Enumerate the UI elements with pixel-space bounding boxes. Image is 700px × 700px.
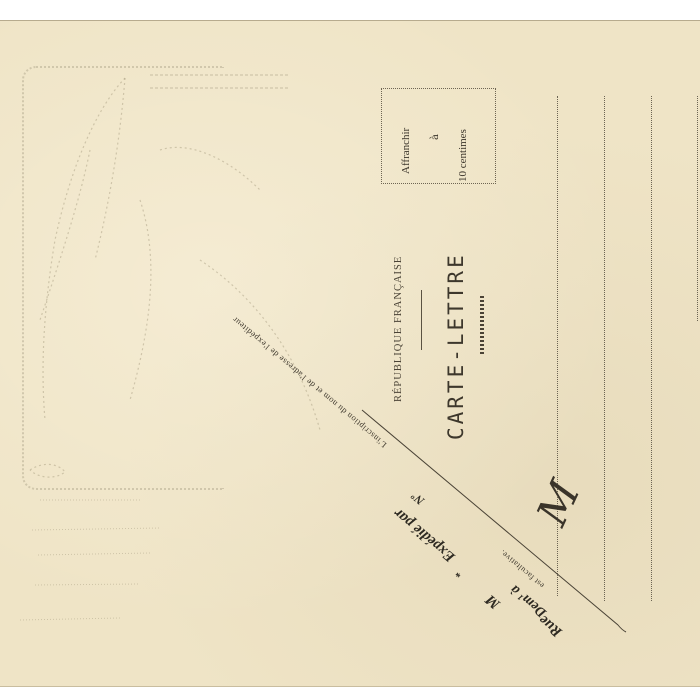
fold-diagonal-line: [0, 0, 700, 700]
